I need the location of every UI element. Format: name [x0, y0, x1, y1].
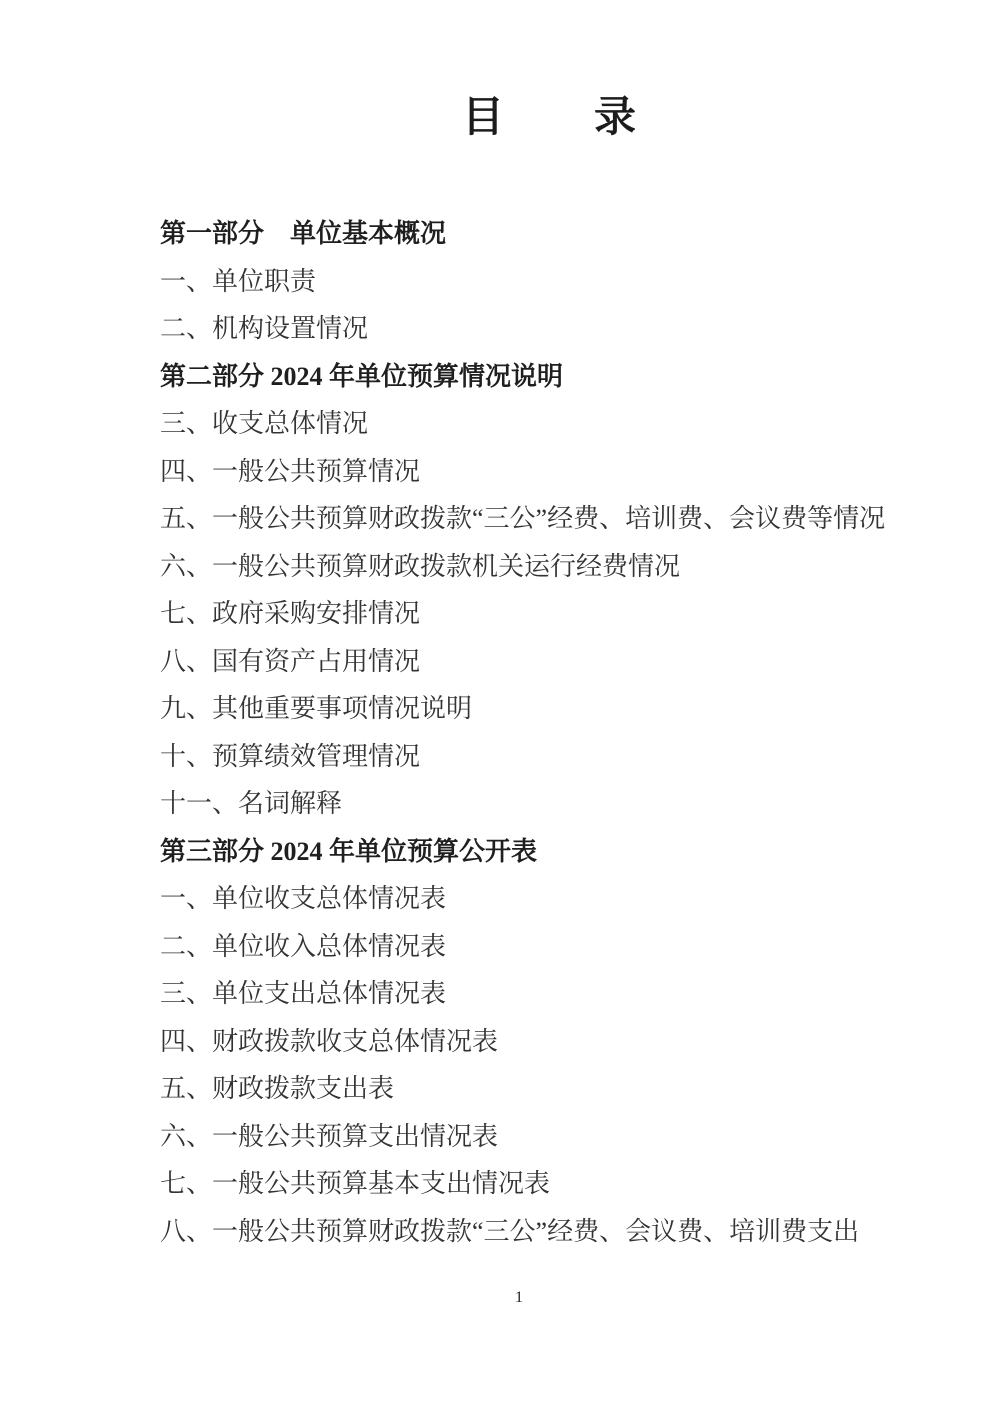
toc-item: 十一、名词解释	[108, 780, 910, 828]
toc-item: 十、预算绩效管理情况	[108, 733, 910, 781]
toc-item: 二、单位收入总体情况表	[108, 923, 910, 971]
toc-item: 四、财政拨款收支总体情况表	[108, 1018, 910, 1066]
toc-item: 五、财政拨款支出表	[108, 1065, 910, 1113]
document-page: 目 录 第一部分 单位基本概况 一、单位职责 二、机构设置情况 第二部分 202…	[0, 0, 1000, 1414]
toc-item: 六、一般公共预算财政拨款机关运行经费情况	[108, 543, 910, 591]
toc-item: 七、一般公共预算基本支出情况表	[108, 1160, 910, 1208]
toc-item: 四、一般公共预算情况	[108, 448, 910, 496]
page-title: 目 录	[0, 0, 1000, 144]
toc-section-heading-2: 第二部分 2024 年单位预算情况说明	[108, 353, 910, 401]
toc-item: 一、单位职责	[108, 258, 910, 306]
toc-item: 三、单位支出总体情况表	[108, 970, 910, 1018]
toc-item: 七、政府采购安排情况	[108, 590, 910, 638]
toc-item: 八、国有资产占用情况	[108, 638, 910, 686]
toc-item: 二、机构设置情况	[108, 305, 910, 353]
toc-item: 八、一般公共预算财政拨款“三公”经费、会议费、培训费支出	[108, 1208, 910, 1256]
toc-section-heading-3: 第三部分 2024 年单位预算公开表	[108, 828, 910, 876]
table-of-contents: 第一部分 单位基本概况 一、单位职责 二、机构设置情况 第二部分 2024 年单…	[0, 210, 1000, 1255]
toc-section-heading-1: 第一部分 单位基本概况	[108, 210, 910, 258]
toc-item: 六、一般公共预算支出情况表	[108, 1113, 910, 1161]
toc-item: 一、单位收支总体情况表	[108, 875, 910, 923]
toc-item: 九、其他重要事项情况说明	[108, 685, 910, 733]
page-number: 1	[0, 1288, 1000, 1308]
toc-item: 五、一般公共预算财政拨款“三公”经费、培训费、会议费等情况	[108, 495, 910, 543]
toc-item: 三、收支总体情况	[108, 400, 910, 448]
